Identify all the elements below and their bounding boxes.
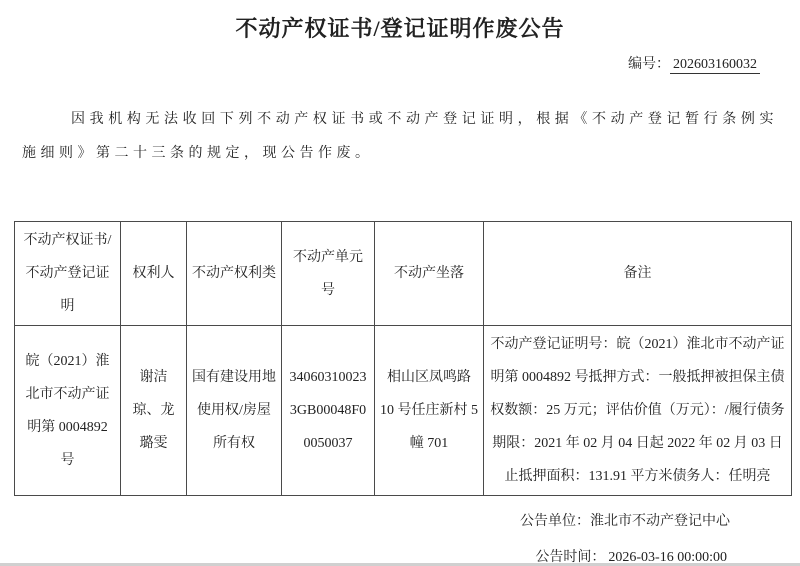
announce-time-value: 2026-03-16 00:00:00	[605, 550, 730, 566]
col-header-unit-no: 不动产单元号	[282, 222, 375, 326]
certificates-table: 不动产权证书/不动产登记证明 权利人 不动产权利类 不动产单元号 不动产坐落 备…	[14, 221, 792, 496]
col-header-certificate: 不动产权证书/不动产登记证明	[15, 222, 121, 326]
serial-number: 202603160032	[670, 57, 760, 74]
announcement-page: 不动产权证书/登记证明作废公告 编号：202603160032 因我机构无法收回…	[0, 0, 800, 566]
table-header-row: 不动产权证书/不动产登记证明 权利人 不动产权利类 不动产单元号 不动产坐落 备…	[15, 222, 792, 326]
cell-remark: 不动产登记证明号：皖（2021）淮北市不动产证明第 0004892 号抵押方式：…	[484, 326, 792, 496]
col-header-remark: 备注	[484, 222, 792, 326]
table-row: 皖（2021）淮北市不动产证明第 0004892 号 谢洁琼、龙璐雯 国有建设用…	[15, 326, 792, 496]
announcer-value: 淮北市不动产登记中心	[590, 514, 730, 529]
announcer-line: 公告单位：淮北市不动产登记中心	[0, 510, 730, 530]
announcement-body: 因我机构无法收回下列不动产权证书或不动产登记证明，根据《不动产登记暂行条例实施细…	[22, 103, 778, 171]
serial-label: 编号：	[628, 57, 670, 72]
announcer-label: 公告单位：	[520, 514, 590, 529]
cell-right-type: 国有建设用地使用权/房屋所有权	[187, 326, 282, 496]
cell-right-holder: 谢洁琼、龙璐雯	[121, 326, 187, 496]
serial-line: 编号：202603160032	[0, 53, 760, 73]
col-header-holder: 权利人	[121, 222, 187, 326]
announcement-footer: 公告单位：淮北市不动产登记中心 公告时间：2026-03-16 00:00:00	[0, 510, 800, 566]
col-header-location: 不动产坐落	[375, 222, 484, 326]
announce-time-line: 公告时间：2026-03-16 00:00:00	[0, 546, 730, 566]
cell-certificate-no: 皖（2021）淮北市不动产证明第 0004892 号	[15, 326, 121, 496]
announce-time-label: 公告时间：	[535, 550, 605, 565]
col-header-right-type: 不动产权利类	[187, 222, 282, 326]
page-title: 不动产权证书/登记证明作废公告	[0, 0, 800, 43]
cell-location: 相山区凤鸣路 10 号任庄新村 5 幢 701	[375, 326, 484, 496]
cell-unit-no: 340603100233GB00048F00050037	[282, 326, 375, 496]
